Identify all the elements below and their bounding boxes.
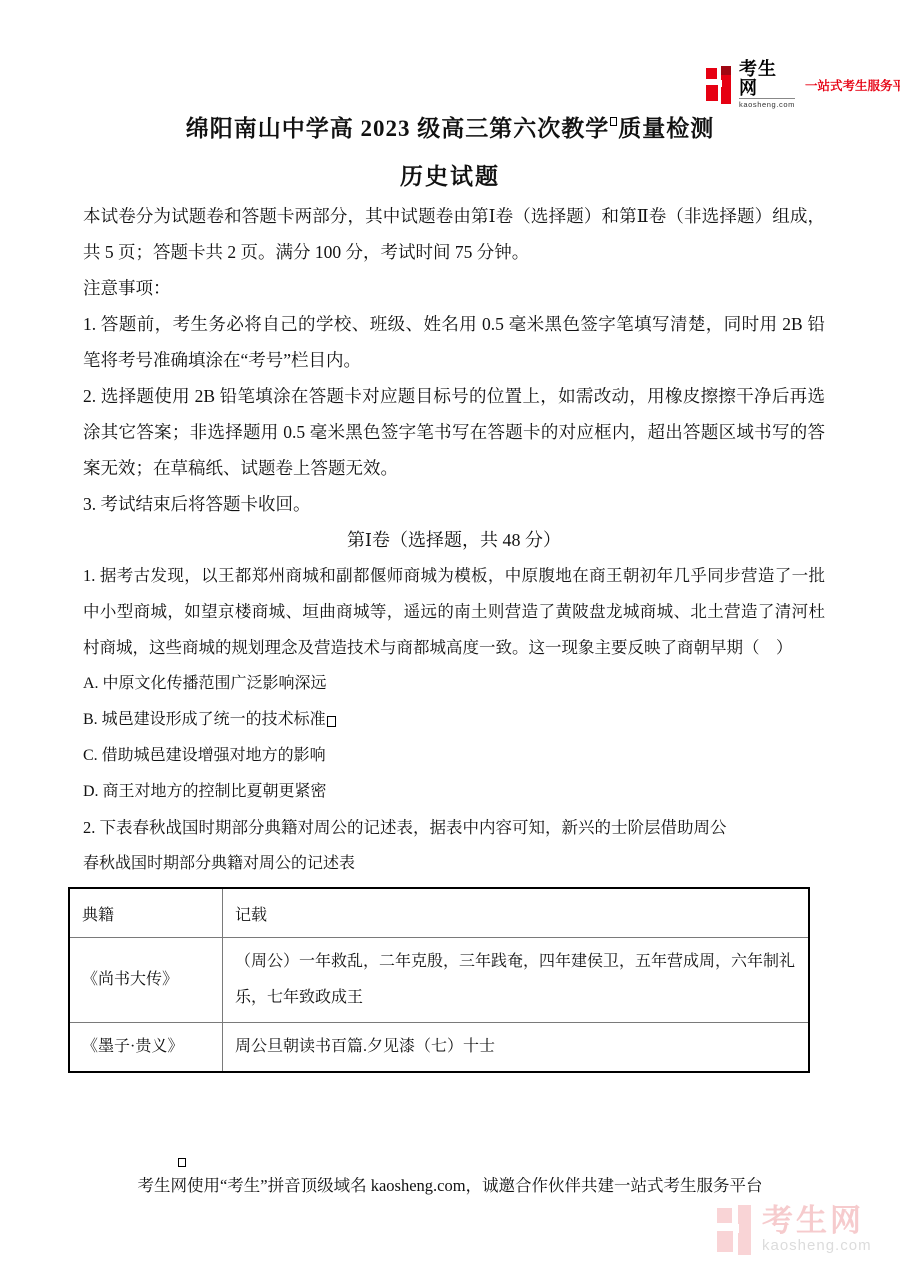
table-cell-book-1: 《尚书大传》 (69, 938, 223, 1023)
question-1-option-b: B. 城邑建设形成了统一的技术标准 (83, 702, 825, 738)
watermark-text-block: 考生网 kaosheng.com (762, 1205, 872, 1255)
logo-domain: kaosheng.com (739, 98, 795, 109)
table-header-row: 典籍 记载 (69, 888, 809, 938)
question-2-stem: 2. 下表春秋战国时期部分典籍对周公的记述表，据表中内容可知，新兴的士阶层借助周… (83, 810, 825, 846)
question-2-number: 2. (83, 818, 95, 837)
watermark-logo-icon (717, 1205, 755, 1255)
kaosheng-watermark: 考生网 kaosheng.com (717, 1205, 872, 1255)
exam-title-part2: 质量检测 (618, 116, 714, 141)
question-1-option-d: D. 商王对地方的控制比夏朝更紧密 (83, 774, 825, 810)
kaosheng-header-logo: 考生网 kaosheng.com 一站式考生服务平台 (706, 60, 900, 109)
question-2-text: 下表春秋战国时期部分典籍对周公的记述表，据表中内容可知，新兴的士阶层借助周公 (100, 818, 727, 837)
exam-body: 本试卷分为试题卷和答题卡两部分，其中试题卷由第Ⅰ卷（选择题）和第Ⅱ卷（非选择题）… (83, 198, 825, 1073)
question-1-number: 1. (83, 566, 95, 585)
exam-subtitle: 历史试题 (0, 158, 900, 191)
logo-brand-name: 考生网 (739, 60, 795, 98)
question-1-stem: 1. 据考古发现，以王都郑州商城和副都偃师商城为模板，中原腹地在商王朝初年几乎同… (83, 558, 825, 666)
logo-text-block: 考生网 kaosheng.com (739, 60, 795, 109)
question-1-option-a: A. 中原文化传播范围广泛影响深远 (83, 666, 825, 702)
note-item-1: 1. 答题前，考生务必将自己的学校、班级、姓名用 0.5 毫米黑色签字笔填写清楚… (83, 306, 825, 378)
intro-paragraph: 本试卷分为试题卷和答题卡两部分，其中试题卷由第Ⅰ卷（选择题）和第Ⅱ卷（非选择题）… (83, 198, 825, 270)
question-2-table-caption: 春秋战国时期部分典籍对周公的记述表 (83, 846, 825, 882)
scan-artifact-box-footer (178, 1158, 186, 1167)
scan-artifact-box-title (610, 117, 617, 126)
table-header-record: 记载 (223, 888, 810, 938)
table-cell-record-1: （周公）一年救乱，二年克殷，三年践奄，四年建侯卫，五年营成周，六年制礼乐，七年致… (223, 938, 810, 1023)
exam-title: 绵阳南山中学高 2023 级高三第六次教学质量检测 (0, 110, 900, 143)
question-2-table: 典籍 记载 《尚书大传》 （周公）一年救乱，二年克殷，三年践奄，四年建侯卫，五年… (68, 887, 810, 1073)
exam-title-part1: 绵阳南山中学高 2023 级高三第六次教学 (186, 116, 610, 141)
table-row: 《尚书大传》 （周公）一年救乱，二年克殷，三年践奄，四年建侯卫，五年营成周，六年… (69, 938, 809, 1023)
exam-paper-page: 考生网 kaosheng.com 一站式考生服务平台 绵阳南山中学高 2023 … (0, 0, 900, 1273)
question-1-option-b-text: B. 城邑建设形成了统一的技术标准 (83, 711, 326, 728)
question-1-option-c: C. 借助城邑建设增强对地方的影响 (83, 738, 825, 774)
notes-label: 注意事项： (83, 270, 825, 306)
watermark-domain: kaosheng.com (762, 1237, 872, 1255)
watermark-brand-name: 考生网 (762, 1205, 872, 1237)
note-item-2: 2. 选择题使用 2B 铅笔填涂在答题卡对应题目标号的位置上，如需改动，用橡皮擦… (83, 378, 825, 486)
table-header-book: 典籍 (69, 888, 223, 938)
note-item-3: 3. 考试结束后将答题卡收回。 (83, 486, 825, 522)
question-1-text: 据考古发现，以王都郑州商城和副都偃师商城为模板，中原腹地在商王朝初年几乎同步营造… (83, 566, 825, 657)
table-row: 《墨子·贵义》 周公旦朝读书百篇.夕见漆（七）十士 (69, 1023, 809, 1073)
footer-promo-text: 考生网使用“考生”拼音顶级域名 kaosheng.com，诚邀合作伙伴共建一站式… (0, 1172, 900, 1196)
scan-artifact-box-option-b (327, 716, 336, 727)
table-cell-record-2: 周公旦朝读书百篇.夕见漆（七）十士 (223, 1023, 810, 1073)
logo-tagline: 一站式考生服务平台 (805, 76, 900, 94)
table-cell-book-2: 《墨子·贵义》 (69, 1023, 223, 1073)
section1-heading: 第Ⅰ卷（选择题，共 48 分） (83, 522, 825, 558)
kaosheng-logo-icon (706, 66, 734, 104)
